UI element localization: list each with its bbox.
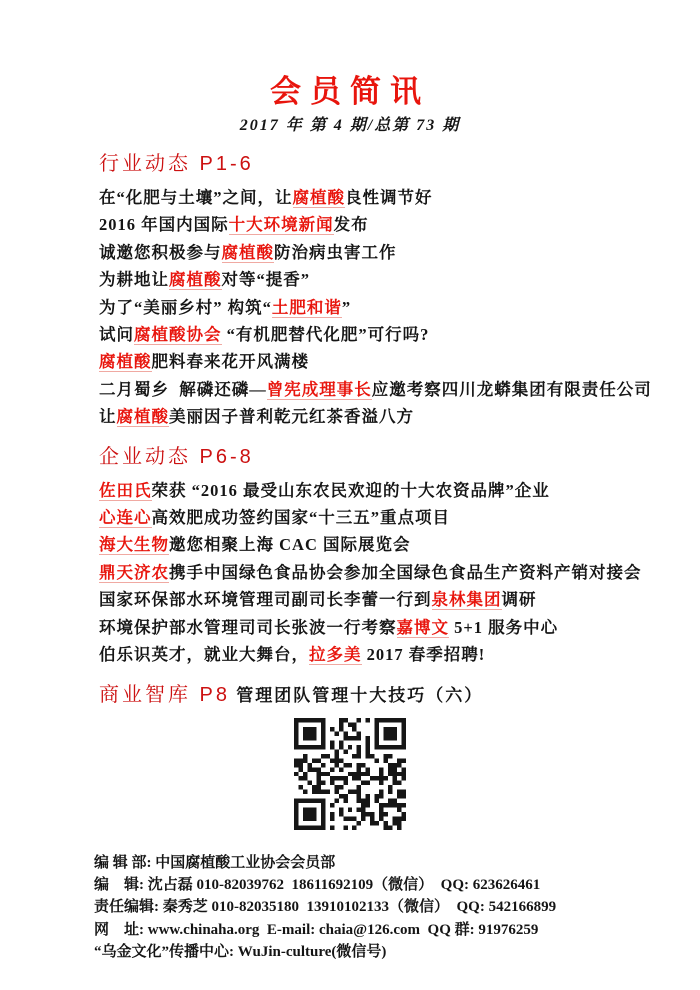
headline-text: 应邀考察四川龙蟒集团有限责任公司: [372, 380, 652, 399]
headline-text: “有机肥替代化肥”可行吗?: [222, 325, 430, 344]
highlighted-text: 曾宪成理事长: [267, 380, 372, 400]
headline-text: 伯乐识英才，就业大舞台，: [99, 645, 309, 664]
headline-text: ”: [342, 298, 351, 317]
headline-text: 防治病虫害工作: [274, 243, 397, 262]
headline-text: 对等“提香”: [222, 270, 311, 289]
headline: 心连心高效肥成功签约国家“十三五”重点项目: [99, 504, 660, 531]
section-heading: 行业动态 P1-6: [99, 151, 660, 177]
highlighted-text: 腐植酸: [169, 270, 222, 290]
headline: 海大生物邀您相聚上海 CAC 国际展览会: [99, 531, 660, 558]
headline: 二月蜀乡 解磷还磷—曾宪成理事长应邀考察四川龙蟒集团有限责任公司: [99, 376, 660, 403]
headline: 腐植酸肥料春来花开风满楼: [99, 348, 660, 375]
headline: 环境保护部水管理司司长张波一行考察嘉博文 5+1 服务中心: [99, 614, 660, 641]
highlighted-text: 鼎天济农: [99, 563, 169, 583]
highlighted-text: 十大环境新闻: [229, 215, 334, 235]
footer-line: 责任编辑: 秦秀芝 010-82035180 13910102133（微信） Q…: [94, 896, 700, 918]
content-sections: 行业动态 P1-6在“化肥与土壤”之间，让腐植酸良性调节好2016 年国内国际十…: [99, 151, 660, 709]
footer-line: “乌金文化”传播中心: WuJin-culture(微信号): [94, 941, 700, 963]
headline: 国家环保部水环境管理司副司长李蕾一行到泉林集团调研: [99, 586, 660, 613]
section-2: 企业动态 P6-8佐田氏荣获 “2016 最受山东农民欢迎的十大农资品牌”企业心…: [99, 444, 660, 669]
headline-text: 邀您相聚上海 CAC 国际展览会: [169, 535, 411, 554]
highlighted-text: 泉林集团: [432, 590, 502, 610]
headline-text: 环境保护部水管理司司长张波一行考察: [99, 618, 397, 637]
headline-text: 良性调节好: [345, 188, 433, 207]
qr-code: [294, 718, 406, 830]
headline: 伯乐识英才，就业大舞台，拉多美 2017 春季招聘!: [99, 641, 660, 668]
headline-text: 5+1 服务中心: [449, 618, 558, 637]
headline-text: 为耕地让: [99, 270, 169, 289]
footer-line: 编 辑 部: 中国腐植酸工业协会会员部: [94, 852, 700, 874]
highlighted-text: 心连心: [99, 508, 152, 528]
page-title: 会员简讯: [0, 0, 700, 110]
issue-line: 2017 年 第 4 期/总第 73 期: [0, 114, 700, 138]
footer-line: 网 址: www.chinaha.org E-mail: chaia@126.c…: [94, 919, 700, 941]
headline-text: 为了“美丽乡村” 构筑“: [99, 298, 272, 317]
section-heading: 企业动态 P6-8: [99, 444, 660, 470]
headline-text: 2016 年国内国际: [99, 215, 229, 234]
headline-text: 2017 春季招聘!: [362, 645, 486, 664]
highlighted-text: 腐植酸: [99, 352, 152, 372]
section-3: 商业智库 P8 管理团队管理十大技巧（六）: [99, 682, 660, 709]
highlighted-text: 腐植酸: [117, 407, 170, 427]
headline-text: 二月蜀乡 解磷还磷—: [99, 380, 267, 399]
highlighted-text: 土肥和谐: [272, 298, 342, 318]
headline-text: 美丽因子普利乾元红茶香溢八方: [169, 407, 414, 426]
section-1: 行业动态 P1-6在“化肥与土壤”之间，让腐植酸良性调节好2016 年国内国际十…: [99, 151, 660, 431]
headline-text: 肥料春来花开风满楼: [152, 352, 310, 371]
highlighted-text: 佐田氏: [99, 481, 152, 501]
headline-text: 让: [99, 407, 117, 426]
footer: 编 辑 部: 中国腐植酸工业协会会员部编 辑: 沈占磊 010-82039762…: [94, 852, 700, 964]
headline: 让腐植酸美丽因子普利乾元红茶香溢八方: [99, 403, 660, 430]
highlighted-text: 腐植酸: [293, 188, 346, 208]
headline: 为了“美丽乡村” 构筑“土肥和谐”: [99, 294, 660, 321]
highlighted-text: 腐植酸: [222, 243, 275, 263]
headline-text: 发布: [334, 215, 369, 234]
headline-text: 试问: [99, 325, 134, 344]
highlighted-text: 海大生物: [99, 535, 169, 555]
section-title: 企业动态 P6-8: [99, 446, 254, 468]
footer-line: 编 辑: 沈占磊 010-82039762 18611692109（微信） QQ…: [94, 874, 700, 896]
headline-text: 携手中国绿色食品协会参加全国绿色食品生产资料产销对接会: [169, 563, 642, 582]
section-title: 商业智库 P8: [99, 684, 230, 706]
headline: 为耕地让腐植酸对等“提香”: [99, 266, 660, 293]
headline: 2016 年国内国际十大环境新闻发布: [99, 211, 660, 238]
qr-row: [0, 718, 700, 835]
highlighted-text: 嘉博文: [397, 618, 450, 638]
headline: 鼎天济农携手中国绿色食品协会参加全国绿色食品生产资料产销对接会: [99, 559, 660, 586]
headline-text: 高效肥成功签约国家“十三五”重点项目: [152, 508, 451, 527]
newsletter-page: 会员简讯 2017 年 第 4 期/总第 73 期 行业动态 P1-6在“化肥与…: [0, 0, 700, 990]
highlighted-text: 腐植酸协会: [134, 325, 222, 345]
section-subtitle: 管理团队管理十大技巧（六）: [230, 686, 483, 705]
headline: 在“化肥与土壤”之间，让腐植酸良性调节好: [99, 184, 660, 211]
highlighted-text: 拉多美: [309, 645, 362, 665]
headline: 诚邀您积极参与腐植酸防治病虫害工作: [99, 239, 660, 266]
headline-text: 荣获 “2016 最受山东农民欢迎的十大农资品牌”企业: [152, 481, 550, 500]
headline-text: 国家环保部水环境管理司副司长李蕾一行到: [99, 590, 432, 609]
headline-text: 调研: [502, 590, 537, 609]
headline: 试问腐植酸协会 “有机肥替代化肥”可行吗?: [99, 321, 660, 348]
section-heading: 商业智库 P8 管理团队管理十大技巧（六）: [99, 682, 660, 709]
headline-text: 在“化肥与土壤”之间，让: [99, 188, 293, 207]
headline: 佐田氏荣获 “2016 最受山东农民欢迎的十大农资品牌”企业: [99, 477, 660, 504]
section-title: 行业动态 P1-6: [99, 153, 254, 175]
headline-text: 诚邀您积极参与: [99, 243, 222, 262]
